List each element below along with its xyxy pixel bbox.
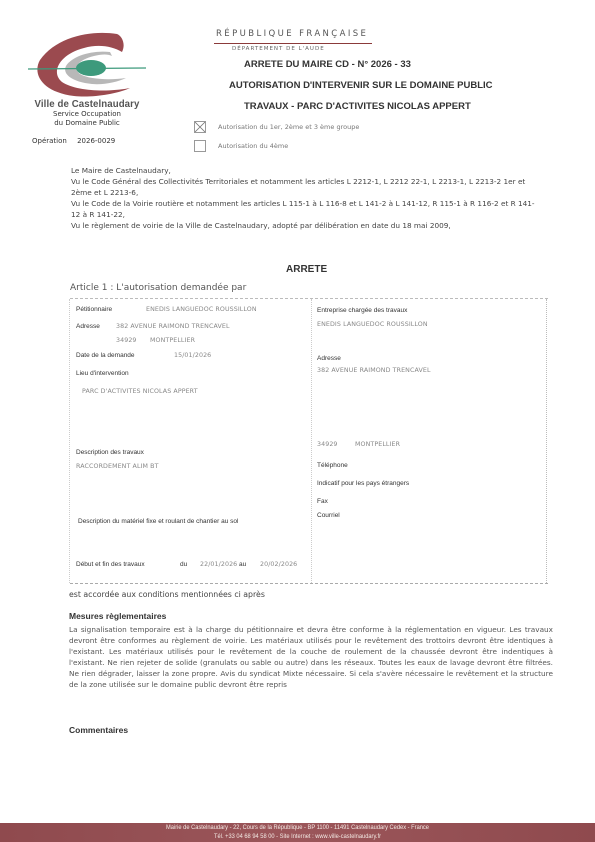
checkbox-empty-icon[interactable] [194,140,206,152]
arrete-heading: ARRETE [286,264,327,275]
castelnaudary-logo-icon [22,30,150,100]
arrete-number-title: ARRETE DU MAIRE CD - N° 2026 - 33 [244,59,411,70]
form-divider [311,299,312,583]
adresse-value: 382 AVENUE RAIMOND TRENCAVEL [116,323,230,330]
debut-fin-label: Début et fin des travaux [76,561,145,568]
city-logo [22,30,150,100]
lieu-intervention-value: PARC D'ACTIVITES NICOLAS APPERT [82,388,198,395]
considerant-reglement: Vu le règlement de voirie de la Ville de… [71,220,541,231]
entreprise-ville: MONTPELLIER [355,441,400,448]
form-border-left [69,299,70,583]
description-travaux-value: RACCORDEMENT ALIM BT [76,463,159,470]
entreprise-value: ENEDIS LANGUEDOC ROUSSILLON [317,321,428,328]
footer-contact: Tél. +33 04 68 94 58 00 - Site Internet … [36,833,560,840]
checkbox-groupe-4[interactable]: Autorisation du 4ème [194,140,288,152]
checkbox-label: Autorisation du 1er, 2ème et 3 ème group… [218,123,359,131]
checkbox-groupe-1-3[interactable]: Autorisation du 1er, 2ème et 3 ème group… [194,121,359,133]
indicatif-label: Indicatif pour les pays étrangers [317,480,409,487]
service-line-2: du Domaine Public [22,119,152,128]
operation-label: Opération [32,137,67,145]
considerants: Le Maire de Castelnaudary, Vu le Code Gé… [71,165,541,231]
ville-value: MONTPELLIER [150,337,195,344]
footer-address: Mairie de Castelnaudary - 22, Cours de l… [36,824,560,831]
lieu-intervention-label: Lieu d'intervention [76,370,129,377]
checkbox-label: Autorisation du 4ème [218,142,288,150]
considerant-cgct: Vu le Code Général des Collectivités Ter… [71,176,541,198]
entreprise-code-postal: 34929 [317,441,338,448]
considerant-maire: Le Maire de Castelnaudary, [71,165,541,176]
city-name: Ville de Castelnaudary [27,98,147,110]
mesures-heading: Mesures règlementaires [69,611,166,621]
service-line-1: Service Occupation [22,110,152,119]
mesures-body: La signalisation temporaire est à la cha… [69,624,553,690]
adresse-label: Adresse [76,323,100,330]
telephone-label: Téléphone [317,462,348,469]
date-fin-value: 20/02/2026 [260,561,297,568]
accordee-text: est accordée aux conditions mentionnées … [69,590,265,599]
operation-number: Opération 2026-0029 [32,137,123,145]
au-label: au [239,561,246,568]
entreprise-adresse-label: Adresse [317,355,341,362]
departement-heading: DÉPARTEMENT DE L'AUDE [232,46,325,52]
petitionnaire-value: ENEDIS LANGUEDOC ROUSSILLON [146,306,257,313]
operation-value: 2026-0029 [77,137,115,145]
republique-underline [214,43,372,44]
article-1: Article 1 : L'autorisation demandée par [70,283,246,293]
date-demande-label: Date de la demande [76,352,135,359]
service-name: Service Occupation du Domaine Public [22,110,152,128]
entreprise-adresse-value: 382 AVENUE RAIMOND TRENCAVEL [317,367,431,374]
code-postal-value: 34929 [116,337,137,344]
travaux-title: TRAVAUX - PARC D'ACTIVITES NICOLAS APPER… [244,101,471,112]
footer-bar: Mairie de Castelnaudary - 22, Cours de l… [0,823,595,842]
form-border-right [546,299,547,583]
materiel-label: Description du matériel fixe et roulant … [78,518,238,525]
description-travaux-label: Description des travaux [76,449,144,456]
courriel-label: Courriel [317,512,340,519]
autorisation-title: AUTORISATION D'INTERVENIR SUR LE DOMAINE… [229,80,493,91]
checkbox-checked-icon[interactable] [194,121,206,133]
date-demande-value: 15/01/2026 [174,352,211,359]
republique-heading: RÉPUBLIQUE FRANÇAISE [216,29,368,39]
entreprise-label: Entreprise chargée des travaux [317,307,407,314]
petitionnaire-label: Pétitionnaire [76,306,112,313]
du-label: du [180,561,187,568]
fax-label: Fax [317,498,328,505]
commentaires-heading: Commentaires [69,725,128,735]
authorization-form: Pétitionnaire ENEDIS LANGUEDOC ROUSSILLO… [70,298,548,584]
date-debut-value: 22/01/2026 [200,561,237,568]
considerant-voirie: Vu le Code de la Voirie routière et nota… [71,198,541,220]
